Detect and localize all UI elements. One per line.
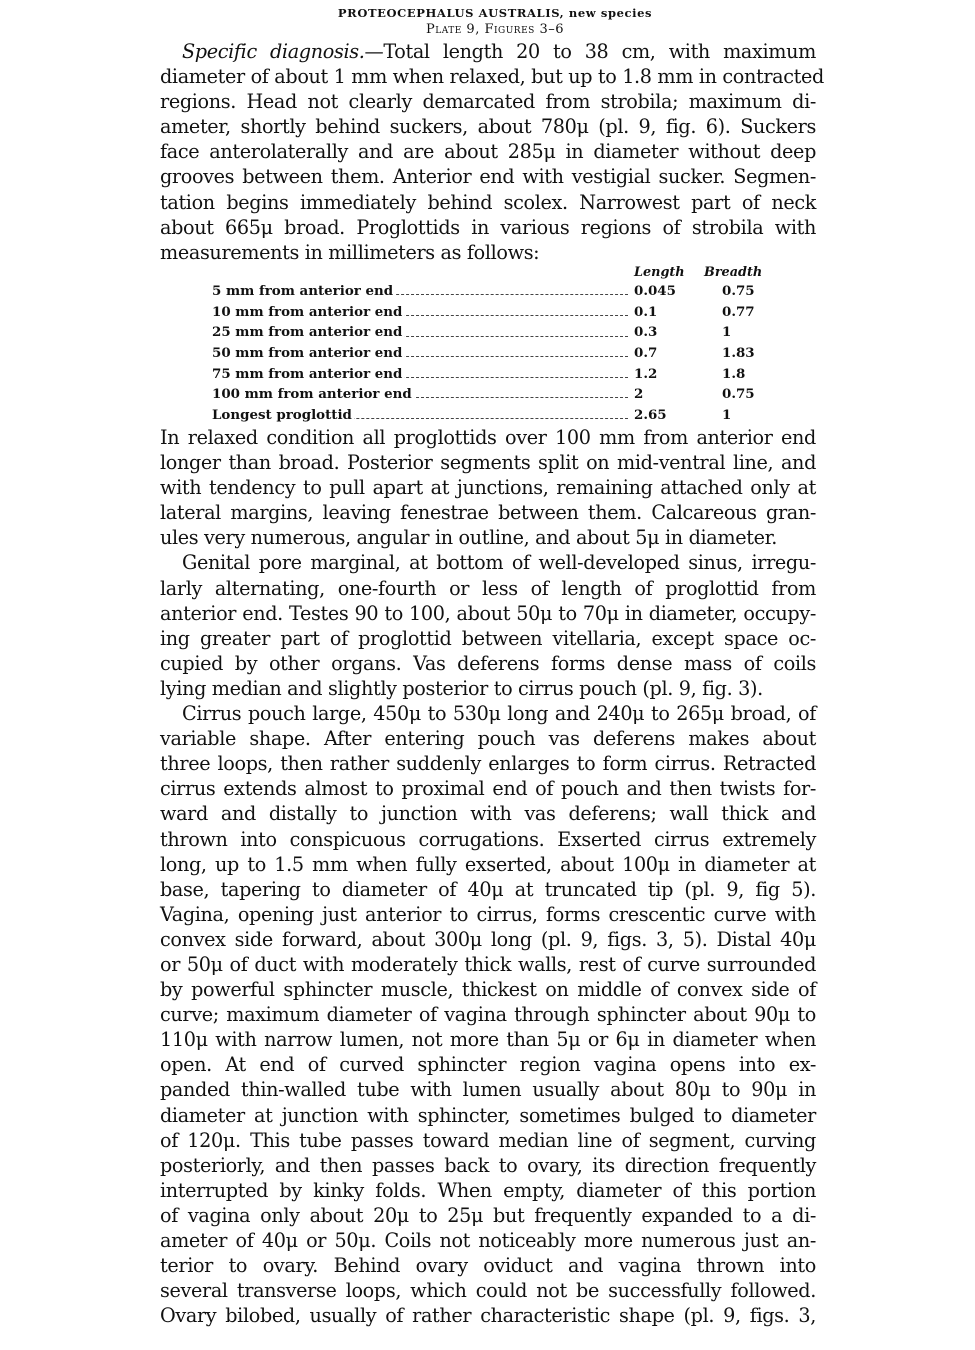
length-value: 0.1 xyxy=(634,301,700,322)
table-row: 25 mm from anterior end 0.3 1 xyxy=(212,322,768,343)
text-line: Genital pore marginal, at bottom of well… xyxy=(160,550,816,575)
text-line: larly alternating, one-fourth or less of… xyxy=(160,576,816,601)
text-line: long, up to 1.5 mm when fully exserted, … xyxy=(160,852,816,877)
body-paragraph: In relaxed condition all proglottids ove… xyxy=(160,425,816,550)
breadth-value: 0.75 xyxy=(700,281,768,302)
text-line: about 665μ broad. Proglottids in various… xyxy=(160,215,816,240)
length-value: 2 xyxy=(634,384,700,405)
row-label: 10 mm from anterior end xyxy=(212,304,404,320)
diagnosis-paragraph: Specific diagnosis.—Total length 20 to 3… xyxy=(160,39,816,265)
row-label: 100 mm from anterior end xyxy=(212,386,414,402)
text-line: several transverse loops, which could no… xyxy=(160,1278,816,1303)
text-line: cupied by other organs. Vas deferens for… xyxy=(160,651,816,676)
breadth-value: 1.8 xyxy=(700,363,768,384)
length-value: 0.045 xyxy=(634,281,700,302)
text-line: by powerful sphincter muscle, thickest o… xyxy=(160,977,816,1002)
table-row: 50 mm from anterior end 0.7 1.83 xyxy=(212,343,768,364)
text-line: ameter of 40μ or 50μ. Coils not noticeab… xyxy=(160,1228,816,1253)
column-header-breadth: Breadth xyxy=(700,265,768,281)
text-line: open. At end of curved sphincter region … xyxy=(160,1052,816,1077)
breadth-value: 1 xyxy=(700,322,768,343)
text-line: three loops, then rather suddenly enlarg… xyxy=(160,751,816,776)
text-line: Vagina, opening just anterior to cirrus,… xyxy=(160,902,816,927)
text-line: ing greater part of proglottid between v… xyxy=(160,626,816,651)
table-row: 10 mm from anterior end 0.1 0.77 xyxy=(212,301,768,322)
text-line: cirrus extends almost to proximal end of… xyxy=(160,776,816,801)
text-line: Ovary bilobed, usually of rather charact… xyxy=(160,1303,816,1328)
table-row: Longest proglottid 2.65 1 xyxy=(212,404,768,425)
text-line: lying median and slightly posterior to c… xyxy=(160,676,816,701)
section-lead: Specific diagnosis. xyxy=(182,40,364,63)
text-line: grooves between them. Anterior end with … xyxy=(160,164,816,189)
body-paragraph: Cirrus pouch large, 450μ to 530μ long an… xyxy=(160,701,816,1328)
breadth-value: 0.77 xyxy=(700,301,768,322)
table-header-row: Length Breadth xyxy=(212,265,768,281)
text-line: interrupted by kinky folds. When empty, … xyxy=(160,1178,816,1203)
row-label: 5 mm from anterior end xyxy=(212,283,395,299)
table-row: 100 mm from anterior end 2 0.75 xyxy=(212,384,768,405)
row-label: Longest proglottid xyxy=(212,407,354,423)
text-line: 110μ with narrow lumen, not more than 5μ… xyxy=(160,1027,816,1052)
length-value: 0.7 xyxy=(634,343,700,364)
row-label: 75 mm from anterior end xyxy=(212,366,404,382)
text-line: or 50μ of duct with moderately thick wal… xyxy=(160,952,816,977)
text-line: with tendency to pull apart at junctions… xyxy=(160,475,816,500)
text-line: diameter at junction with sphincter, som… xyxy=(160,1103,816,1128)
text-line: curve; maximum diameter of vagina throug… xyxy=(160,1002,816,1027)
text-line: thrown into conspicuous corrugations. Ex… xyxy=(160,827,816,852)
text-line: base, tapering to diameter of 40μ at tru… xyxy=(160,877,816,902)
text-line: posteriorly, and then passes back to ova… xyxy=(160,1153,816,1178)
breadth-value: 0.75 xyxy=(700,384,768,405)
text-line: diameter of about 1 mm when relaxed, but… xyxy=(160,64,816,89)
text-line: measurements in millimeters as follows: xyxy=(160,240,816,265)
body-paragraph: Genital pore marginal, at bottom of well… xyxy=(160,550,816,701)
text-line: panded thin-walled tube with lumen usual… xyxy=(160,1077,816,1102)
length-value: 1.2 xyxy=(634,363,700,384)
text-line: Cirrus pouch large, 450μ to 530μ long an… xyxy=(160,701,816,726)
table-row: 75 mm from anterior end 1.2 1.8 xyxy=(212,363,768,384)
breadth-value: 1.83 xyxy=(700,343,768,364)
running-title: PROTEOCEPHALUS AUSTRALIS, new species xyxy=(174,6,816,21)
length-value: 2.65 xyxy=(634,404,700,425)
breadth-value: 1 xyxy=(700,404,768,425)
plate-reference: Plate 9, Figures 3–6 xyxy=(174,21,816,39)
text-line: face anterolaterally and are about 285μ … xyxy=(160,139,816,164)
text-line: of 120μ. This tube passes toward median … xyxy=(160,1128,816,1153)
text-line: anterior end. Testes 90 to 100, about 50… xyxy=(160,601,816,626)
text-line: tation begins immediately behind scolex.… xyxy=(160,190,816,215)
text-line: In relaxed condition all proglottids ove… xyxy=(160,425,816,450)
measurement-table: Length Breadth 5 mm from anterior end 0.… xyxy=(212,265,768,425)
text-line: ules very numerous, angular in outline, … xyxy=(160,525,816,550)
row-label: 25 mm from anterior end xyxy=(212,324,404,340)
text-line: lateral margins, leaving fenestrae betwe… xyxy=(160,500,816,525)
text-line: Specific diagnosis.—Total length 20 to 3… xyxy=(160,39,816,64)
text-line: ward and distally to junction with vas d… xyxy=(160,801,816,826)
text-line: terior to ovary. Behind ovary oviduct an… xyxy=(160,1253,816,1278)
text-line: convex side forward, about 300μ long (pl… xyxy=(160,927,816,952)
text-line: of vagina only about 20μ to 25μ but freq… xyxy=(160,1203,816,1228)
document-page: PROTEOCEPHALUS AUSTRALIS, new species Pl… xyxy=(160,6,816,1328)
table-row: 5 mm from anterior end 0.045 0.75 xyxy=(212,281,768,302)
row-label: 50 mm from anterior end xyxy=(212,345,404,361)
text-line: regions. Head not clearly demarcated fro… xyxy=(160,89,816,114)
length-value: 0.3 xyxy=(634,322,700,343)
column-header-length: Length xyxy=(634,265,700,281)
text-line: longer than broad. Posterior segments sp… xyxy=(160,450,816,475)
text-line: ameter, shortly behind suckers, about 78… xyxy=(160,114,816,139)
text-line: variable shape. After entering pouch vas… xyxy=(160,726,816,751)
